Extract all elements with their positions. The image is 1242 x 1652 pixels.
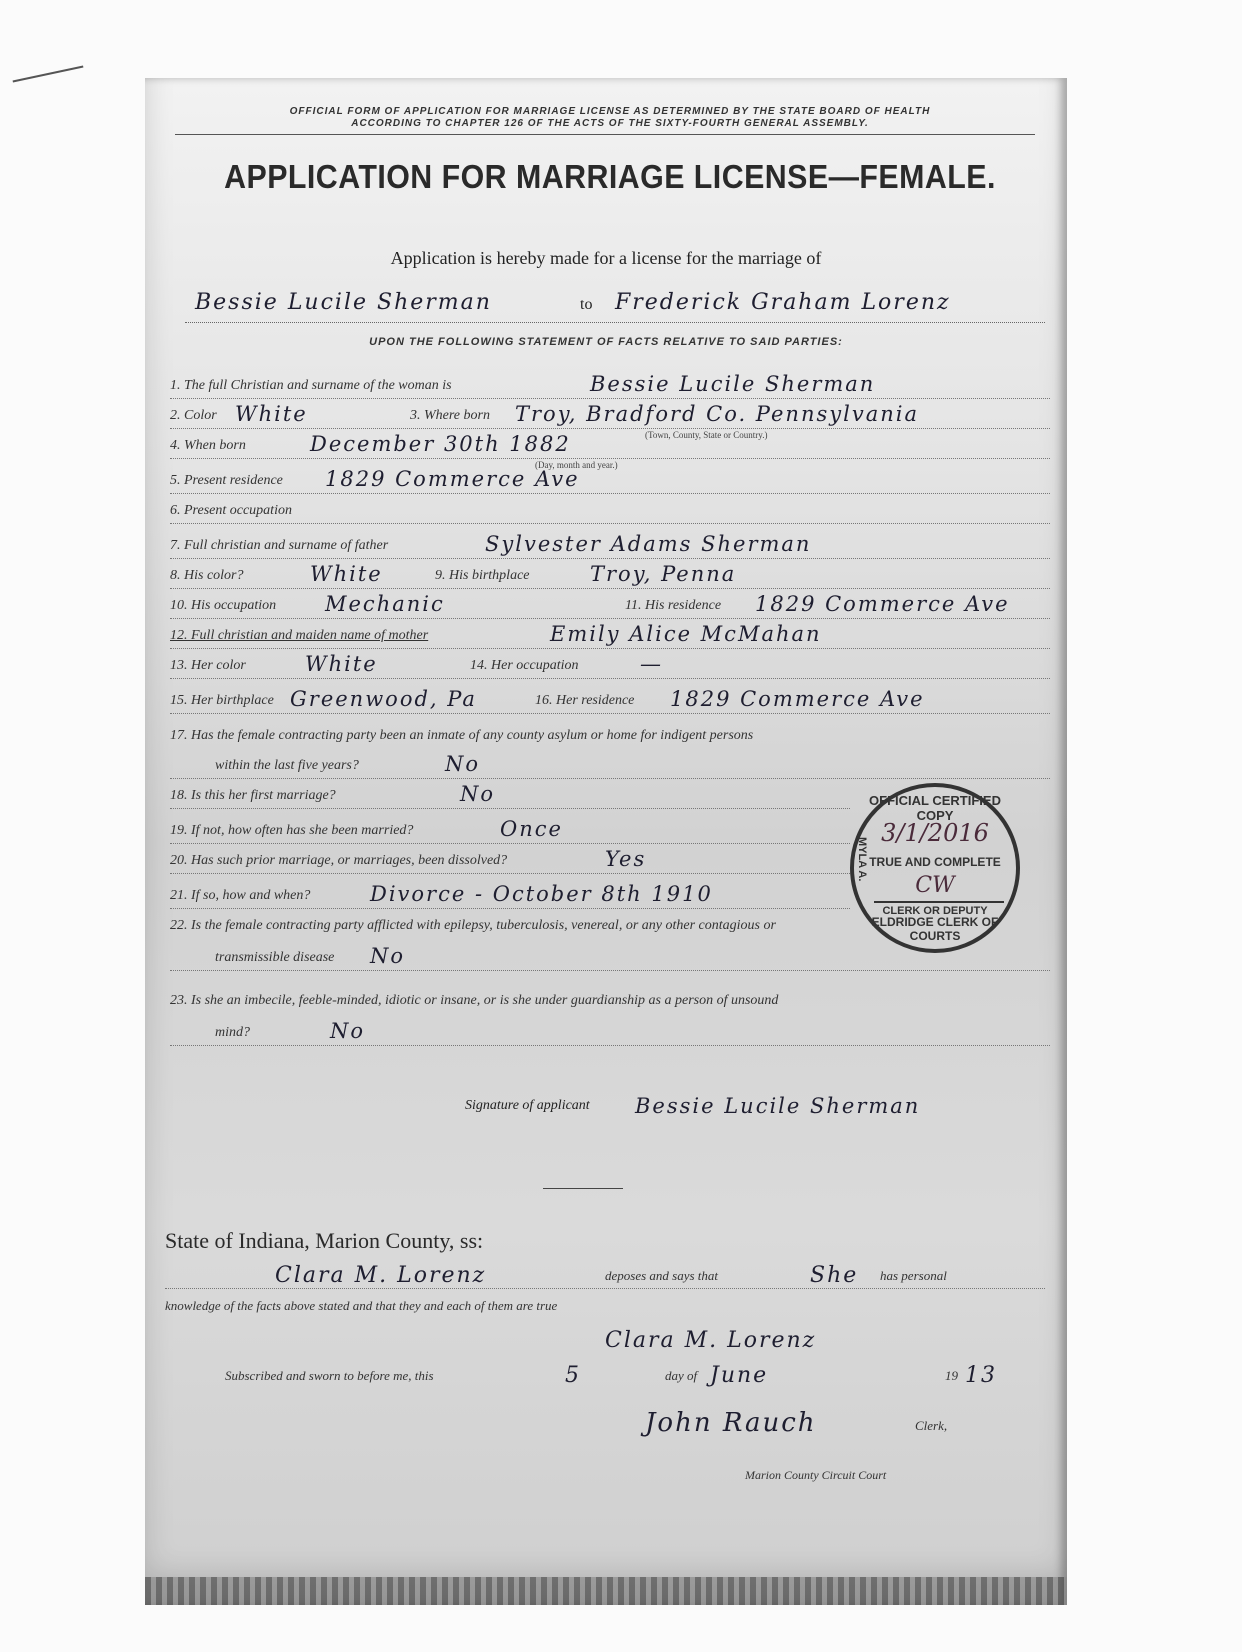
field-row-17b: within the last five years? No (170, 748, 1050, 779)
field-value: December 30th 1882 (310, 432, 571, 456)
document-page: OFFICIAL FORM OF APPLICATION FOR MARRIAG… (145, 78, 1067, 1605)
certified-copy-seal: OFFICIAL CERTIFIED COPY 3/1/2016 TRUE AN… (850, 783, 1020, 953)
field-row-17a: 17. Has the female contracting party bee… (170, 718, 1050, 748)
field-value: Divorce - October 8th 1910 (370, 882, 713, 906)
page-title: APPLICATION FOR MARRIAGE LICENSE—FEMALE. (210, 158, 1010, 196)
deponent-name: Clara M. Lorenz (275, 1263, 486, 1288)
intro-text: Application is hereby made for a license… (145, 248, 1067, 269)
day-of-label: day of (665, 1368, 697, 1384)
knowledge-row: knowledge of the facts above stated and … (165, 1288, 1045, 1318)
field-value: Yes (605, 847, 646, 871)
header-line-2: ACCORDING TO CHAPTER 126 OF THE ACTS OF … (175, 118, 1045, 130)
field-value: Emily Alice McMahan (550, 622, 822, 646)
field-label: 13. Her color (170, 658, 246, 674)
field-row-18: 18. Is this her first marriage? No (170, 778, 850, 809)
field-label: 10. His occupation (170, 598, 276, 614)
field-label: mind? (215, 1025, 250, 1041)
field-value: Mechanic (325, 592, 445, 616)
statement-subheading: UPON THE FOLLOWING STATEMENT OF FACTS RE… (145, 336, 1067, 348)
deponent-row: Clara M. Lorenz deposes and says that Sh… (165, 1258, 1045, 1289)
field-row-23a: 23. Is she an imbecile, feeble-minded, i… (170, 983, 1050, 1013)
court-name: Marion County Circuit Court (745, 1468, 886, 1483)
field-value: Troy, Penna (590, 562, 736, 586)
field-label: 15. Her birthplace (170, 693, 274, 709)
applicant-signature: Signature of applicant Bessie Lucile She… (465, 1088, 1045, 1118)
field-value: Greenwood, Pa (290, 687, 477, 711)
field-value: No (330, 1019, 365, 1043)
deponent-pronoun: She (810, 1263, 858, 1288)
pin-mark (13, 66, 84, 83)
sworn-day: 5 (565, 1363, 581, 1388)
signature-label: Signature of applicant (465, 1098, 590, 1114)
field-value: No (460, 782, 495, 806)
field-row-1: 1. The full Christian and surname of the… (170, 368, 1050, 399)
seal-divider (874, 901, 1004, 903)
field-label: 1. The full Christian and surname of the… (170, 378, 452, 394)
field-value: Once (500, 817, 563, 841)
field-label: 8. His color? (170, 568, 244, 584)
field-label: 18. Is this her first marriage? (170, 788, 336, 804)
year-prefix: 19 (945, 1368, 958, 1384)
clerk-signature: John Rauch (645, 1408, 817, 1438)
field-row-13-14: 13. Her color White 14. Her occupation — (170, 648, 1050, 679)
form-authority-header: OFFICIAL FORM OF APPLICATION FOR MARRIAG… (175, 106, 1045, 130)
field-label: 21. If so, how and when? (170, 888, 310, 904)
field-value: No (370, 944, 405, 968)
sworn-month: June (710, 1363, 768, 1388)
field-row-20: 20. Has such prior marriage, or marriage… (170, 843, 850, 874)
field-value: 1829 Commerce Ave (755, 592, 1010, 616)
year-suffix: 13 (965, 1363, 997, 1388)
field-value: Sylvester Adams Sherman (485, 532, 811, 556)
field-value: — (640, 652, 663, 676)
field-value: Troy, Bradford Co. Pennsylvania (515, 402, 919, 426)
field-label: 4. When born (170, 438, 246, 454)
deponent-signature: Clara M. Lorenz (605, 1328, 816, 1353)
field-value: White (305, 652, 378, 676)
field-label: 22. Is the female contracting party affl… (170, 918, 776, 934)
to-label: to (580, 296, 592, 314)
field-label: within the last five years? (215, 758, 359, 774)
seal-initials: CW (854, 873, 1016, 898)
seal-ring-left: MYLA A. (856, 837, 868, 881)
field-label: 5. Present residence (170, 473, 283, 489)
field-row-19: 19. If not, how often has she been marri… (170, 813, 850, 844)
field-row-7: 7. Full christian and surname of father … (170, 528, 1050, 559)
field-label: 16. Her residence (535, 693, 634, 709)
signature-rule (543, 1188, 623, 1189)
field-label: 6. Present occupation (170, 503, 292, 519)
seal-date: 3/1/2016 (854, 819, 1016, 847)
field-label: 9. His birthplace (435, 568, 530, 584)
field-value: White (235, 402, 308, 426)
state-county-heading: State of Indiana, Marion County, ss: (165, 1228, 483, 1254)
field-label: 20. Has such prior marriage, or marriage… (170, 853, 507, 869)
parties-line: Bessie Lucile Sherman to Frederick Graha… (185, 290, 1045, 323)
field-label: 17. Has the female contracting party bee… (170, 728, 753, 744)
field-label: 14. Her occupation (470, 658, 578, 674)
field-row-12: 12. Full christian and maiden name of mo… (170, 618, 1050, 649)
field-row-6: 6. Present occupation (170, 493, 1050, 524)
field-label: transmissible disease (215, 950, 334, 966)
field-label: 19. If not, how often has she been marri… (170, 823, 413, 839)
field-row-5: 5. Present residence 1829 Commerce Ave (170, 463, 1050, 494)
field-row-10-11: 10. His occupation Mechanic 11. His resi… (170, 588, 1050, 619)
seal-true-complete: TRUE AND COMPLETE (854, 855, 1016, 869)
knowledge-text: knowledge of the facts above stated and … (165, 1298, 557, 1314)
party-male: Frederick Graham Lorenz (615, 290, 951, 315)
field-value: No (445, 752, 480, 776)
field-row-2-3: 2. Color White 3. Where born Troy, Bradf… (170, 398, 1050, 429)
clerk-label: Clerk, (915, 1418, 947, 1434)
sworn-label: Subscribed and sworn to before me, this (225, 1368, 434, 1384)
field-row-23b: mind? No (170, 1015, 1050, 1046)
signature-value: Bessie Lucile Sherman (635, 1094, 920, 1118)
party-female: Bessie Lucile Sherman (195, 290, 492, 315)
field-label: 23. Is she an imbecile, feeble-minded, i… (170, 993, 778, 1009)
field-label: 11. His residence (625, 598, 721, 614)
field-row-15-16: 15. Her birthplace Greenwood, Pa 16. Her… (170, 683, 1050, 714)
header-line-1: OFFICIAL FORM OF APPLICATION FOR MARRIAG… (175, 106, 1045, 118)
field-label: 12. Full christian and maiden name of mo… (170, 628, 428, 644)
field-value: 1829 Commerce Ave (670, 687, 925, 711)
field-value: 1829 Commerce Ave (325, 467, 580, 491)
field-value: White (310, 562, 383, 586)
seal-ring-bottom: ELDRIDGE CLERK OF COURTS (854, 915, 1016, 943)
has-personal-label: has personal (880, 1268, 947, 1284)
deponent-signature-row: Clara M. Lorenz (165, 1323, 1045, 1353)
field-value: Bessie Lucile Sherman (590, 372, 875, 396)
deposes-label: deposes and says that (605, 1268, 718, 1284)
field-row-4: 4. When born December 30th 1882 (Day, mo… (170, 428, 1050, 459)
field-row-8-9: 8. His color? White 9. His birthplace Tr… (170, 558, 1050, 589)
sworn-row: Subscribed and sworn to before me, this … (165, 1358, 1045, 1388)
field-row-21: 21. If so, how and when? Divorce - Octob… (170, 878, 850, 909)
field-label: 7. Full christian and surname of father (170, 538, 388, 554)
field-label: 2. Color (170, 408, 217, 424)
clerk-row: John Rauch Clerk, (165, 1408, 1045, 1438)
header-divider (175, 134, 1035, 135)
field-label: 3. Where born (410, 408, 490, 424)
